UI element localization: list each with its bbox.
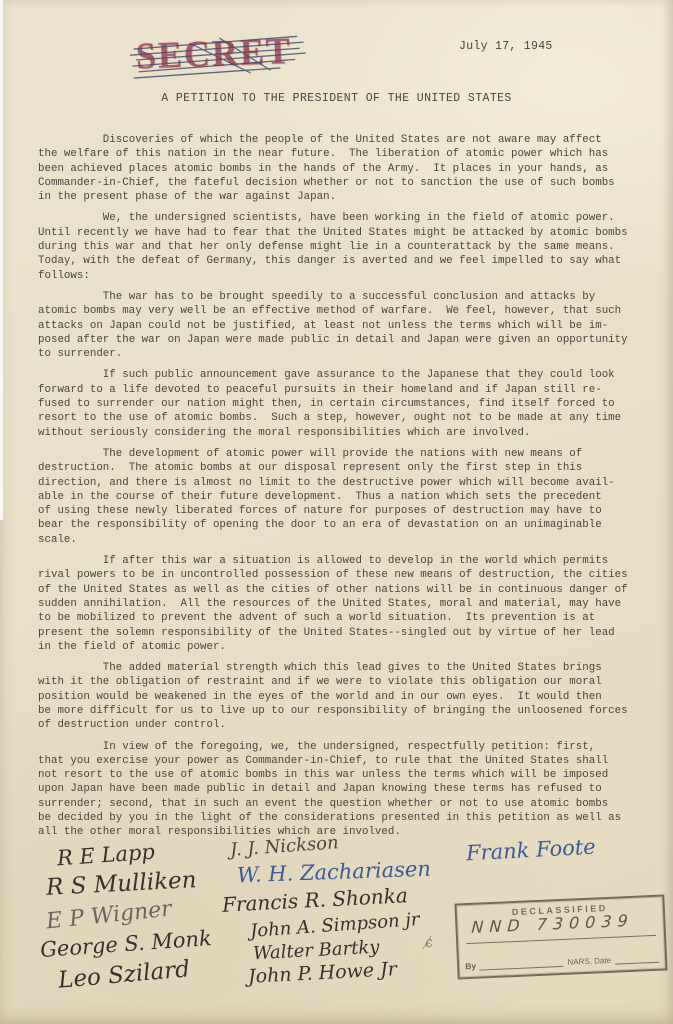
declassified-stamp: DECLASSIFIED NND 730039 By NARS, Date xyxy=(454,894,667,979)
paragraph-2: We, the undersigned scientists, have bee… xyxy=(38,211,658,282)
document-date: July 17, 1945 xyxy=(459,40,553,53)
secret-stamp: SECRET xyxy=(135,25,307,89)
paragraph-3: The war has to be brought speedily to a … xyxy=(38,290,658,361)
declassified-date-line xyxy=(615,961,659,965)
signature-r-s-mulliken: R S Mulliken xyxy=(45,867,197,901)
document-title: A PETITION TO THE PRESIDENT OF THE UNITE… xyxy=(0,92,673,105)
paragraph-4: If such public announcement gave assuran… xyxy=(38,368,658,439)
paragraph-6: If after this war a situation is allowed… xyxy=(38,554,658,654)
paragraph-8: In view of the foregoing, we, the unders… xyxy=(38,740,658,840)
document-page: SECRET July 17, 1945 A PETITION TO THE P… xyxy=(0,0,673,1024)
pen-crossout-scribble xyxy=(129,27,311,91)
paragraph-1: Discoveries of which the people of the U… xyxy=(38,133,658,204)
signature-e-p-wigner: E P Wigner xyxy=(45,896,173,934)
signature-leo-szilard: Leo Szilard xyxy=(57,956,191,993)
document-body: Discoveries of which the people of the U… xyxy=(38,133,658,847)
scan-edge xyxy=(0,0,3,520)
paragraph-5: The development of atomic power will pro… xyxy=(38,447,658,547)
pen-mark: 𝜖̸ xyxy=(423,934,435,951)
declassified-by-label: By xyxy=(465,961,476,971)
declassified-by-line xyxy=(479,965,564,971)
paragraph-7: The added material strength which this l… xyxy=(38,661,658,732)
declassified-nars-label: NARS, Date xyxy=(567,956,611,967)
declassified-number-line xyxy=(466,935,656,944)
declassified-bottom-row: By NARS, Date xyxy=(465,953,659,971)
